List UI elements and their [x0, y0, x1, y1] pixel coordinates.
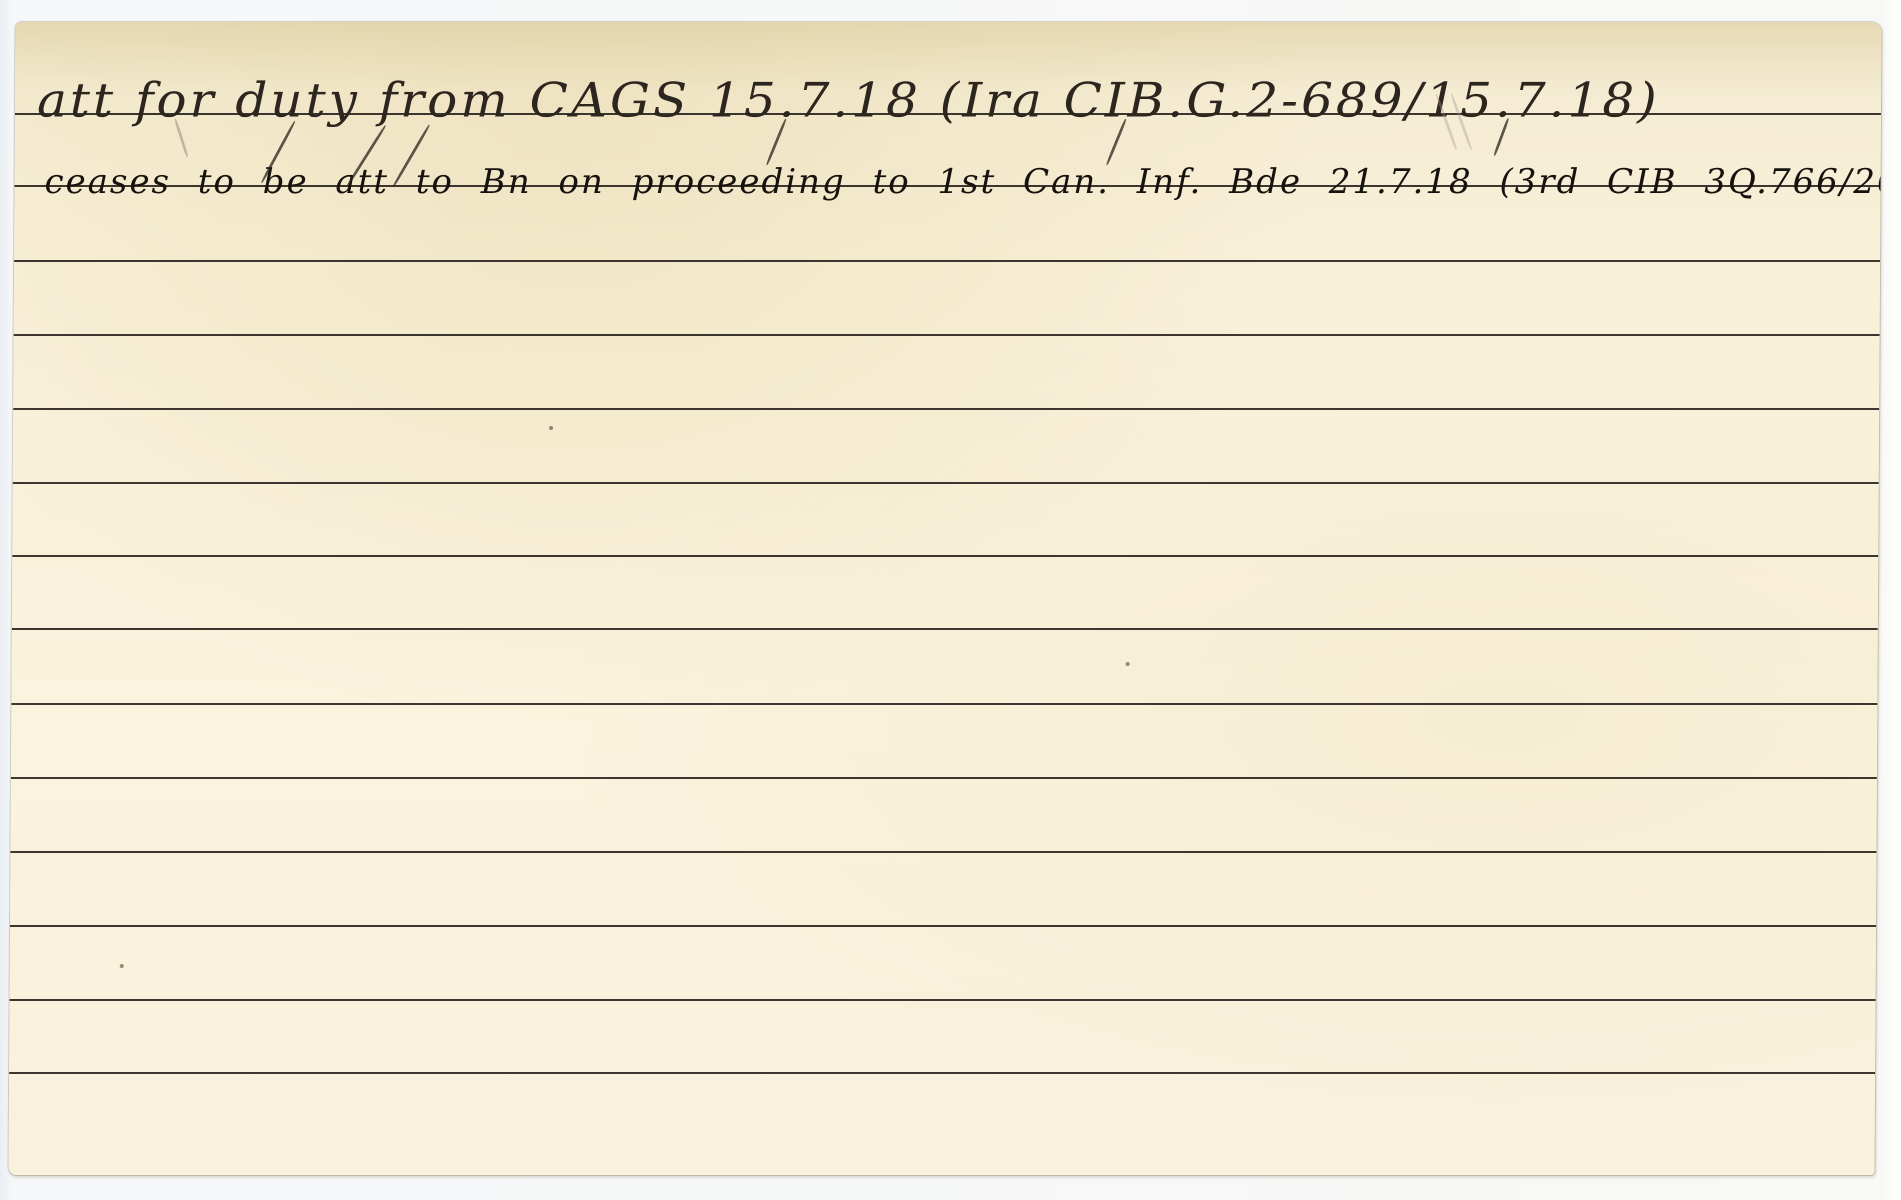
scan-background: att for duty from CAGS 15.7.18 (Ira CIB.… [0, 0, 1901, 1200]
ruled-line [11, 703, 1877, 705]
paper-speck [1126, 662, 1130, 666]
ruled-line [13, 482, 1879, 484]
ruled-line [14, 334, 1880, 336]
ruled-line [14, 260, 1880, 262]
ruled-line [10, 925, 1876, 927]
ruled-line [12, 555, 1878, 557]
ruled-line [10, 851, 1876, 853]
ruled-line [9, 1072, 1875, 1074]
handwritten-entry-1: att for duty from CAGS 15.7.18 (Ira CIB.… [37, 73, 1660, 128]
paper-speck [120, 964, 124, 968]
handwritten-entry-2: ceases to be att to Bn on proceeding to … [44, 162, 1881, 202]
ruled-line [12, 628, 1878, 630]
ruled-line [13, 408, 1879, 410]
index-card: att for duty from CAGS 15.7.18 (Ira CIB.… [8, 22, 1881, 1175]
ruled-line [11, 777, 1877, 779]
paper-speck [549, 426, 553, 430]
ruled-line [10, 999, 1876, 1001]
